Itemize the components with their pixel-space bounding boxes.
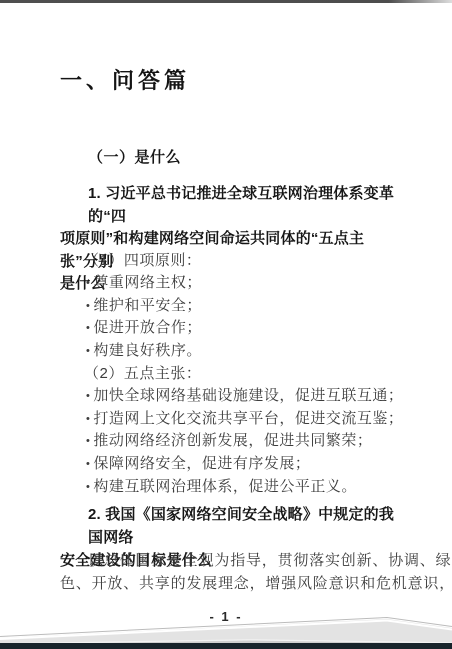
list-item-text: 保障网络安全，促进有序发展； [93,455,310,472]
section-title: （一）是什么 [88,146,181,167]
list-item-text: 打造网上文化交流共享平台，促进交流互鉴； [93,410,403,427]
question-1-line: 1. 习近平总书记推进全球互联网治理体系变革的“四 [60,183,400,228]
list-item: •促进开放合作； [60,317,405,340]
list-item-text: 构建互联网治理体系，促进公平正义。 [93,478,357,495]
answer-2-line: 以总体国家安全观为指导，贯彻落实创新、协调、绿 [60,550,405,573]
bullet-icon: • [86,390,90,402]
table-surface-strip [0,643,452,649]
list-1-label: （1）四项原则： [60,250,405,272]
list-item: •维护和平安全； [60,295,405,318]
list-item-text: 促进开放合作； [93,319,202,336]
bullet-icon: • [86,413,90,425]
list-item: •构建良好秩序。 [60,340,405,363]
list-item-text: 维护和平安全； [93,297,202,314]
list-item-text: 构建良好秩序。 [93,342,202,359]
list-item: •推动网络经济创新发展，促进共同繁荣； [60,430,405,453]
list-item-text: 尊重网络主权； [93,274,202,291]
answer-2-paragraph: 以总体国家安全观为指导，贯彻落实创新、协调、绿 色、开放、共享的发展理念，增强风… [60,550,405,595]
book-page: 一、问答篇 （一）是什么 1. 习近平总书记推进全球互联网治理体系变革的“四 项… [0,0,452,649]
photo-top-edge-bar [0,0,452,3]
bullet-icon: • [86,458,90,470]
list-item: •保障网络安全，促进有序发展； [60,453,405,476]
list-2-label: （2）五点主张： [60,363,405,385]
chapter-title: 一、问答篇 [60,64,190,95]
list-item: •加快全球网络基础设施建设，促进互联互通； [60,385,405,408]
bullet-icon: • [86,481,90,493]
answer-2-line: 色、开放、共享的发展理念，增强风险意识和危机意识， [60,573,405,596]
answer-1-lists: （1）四项原则： •尊重网络主权； •维护和平安全； •促进开放合作； •构建良… [60,250,405,499]
list-item-text: 加快全球网络基础设施建设，促进互联互通； [93,387,403,404]
bullet-icon: • [86,322,90,334]
bullet-icon: • [86,345,90,357]
list-item: •打造网上文化交流共享平台，促进交流互鉴； [60,408,405,431]
list-item: •尊重网络主权； [60,272,405,295]
list-item: •构建互联网治理体系，促进公平正义。 [60,476,405,499]
bullet-icon: • [86,300,90,312]
bullet-icon: • [86,277,90,289]
bullet-icon: • [86,435,90,447]
list-item-text: 推动网络经济创新发展，促进共同繁荣； [93,432,372,449]
question-2-line: 2. 我国《国家网络空间安全战略》中规定的我国网络 [60,503,405,549]
